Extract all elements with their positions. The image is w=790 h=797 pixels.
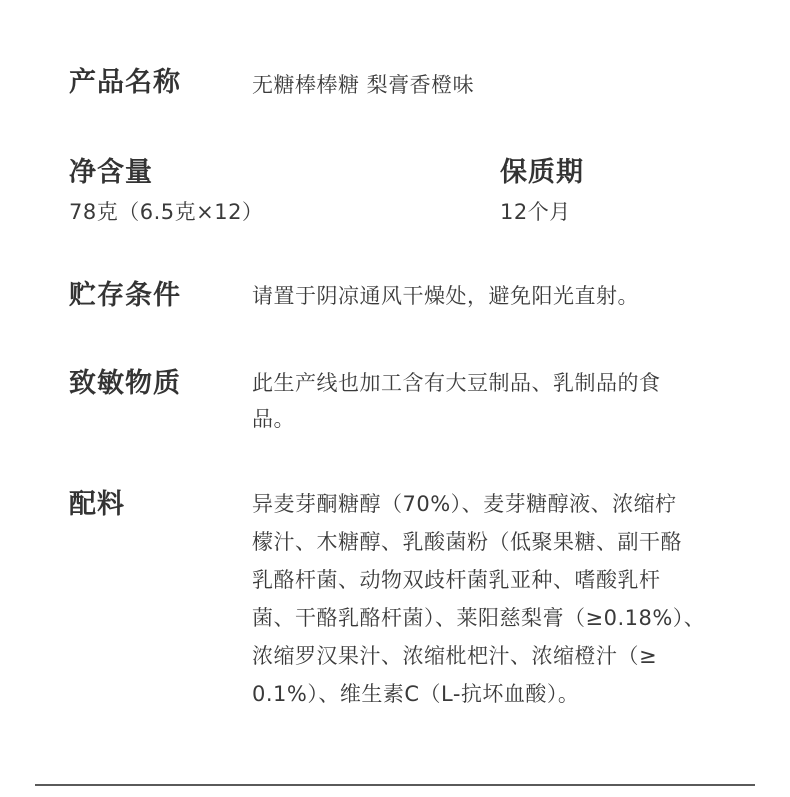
ingredients-line-2: 檬汁、木糖醇、乳酸菌粉（低聚果糖、副干酪 xyxy=(252,523,682,561)
shelf-life-label: 保质期 xyxy=(500,156,584,190)
ingredients-line-5: 浓缩罗汉果汁、浓缩枇杷汁、浓缩橙汁（≥ xyxy=(252,637,657,675)
allergens-label: 致敏物质 xyxy=(69,367,181,401)
net-content-value: 78克（6.5克×12） xyxy=(69,193,263,231)
storage-label: 贮存条件 xyxy=(69,279,181,313)
shelf-life-value: 12个月 xyxy=(500,193,571,231)
ingredients-line-3: 乳酪杆菌、动物双歧杆菌乳亚种、嗜酸乳杆 xyxy=(252,561,661,599)
product-name-label: 产品名称 xyxy=(69,66,181,100)
product-name-value: 无糖棒棒糖 梨膏香橙味 xyxy=(252,66,474,104)
bottom-divider xyxy=(35,784,755,786)
ingredients-line-1: 异麦芽酮糖醇（70%）、麦芽糖醇液、浓缩柠 xyxy=(252,485,677,523)
net-content-label: 净含量 xyxy=(69,156,153,190)
allergens-line-1: 此生产线也加工含有大豆制品、乳制品的食 xyxy=(252,364,661,402)
storage-value: 请置于阴凉通风干燥处，避免阳光直射。 xyxy=(252,277,639,315)
ingredients-line-6: 0.1%）、维生素C（L-抗坏血酸）。 xyxy=(252,675,579,713)
allergens-line-2: 品。 xyxy=(252,400,295,438)
ingredients-line-4: 菌、干酪乳酪杆菌）、莱阳慈梨膏（≥0.18%）、 xyxy=(252,599,705,637)
ingredients-label: 配料 xyxy=(69,488,125,522)
